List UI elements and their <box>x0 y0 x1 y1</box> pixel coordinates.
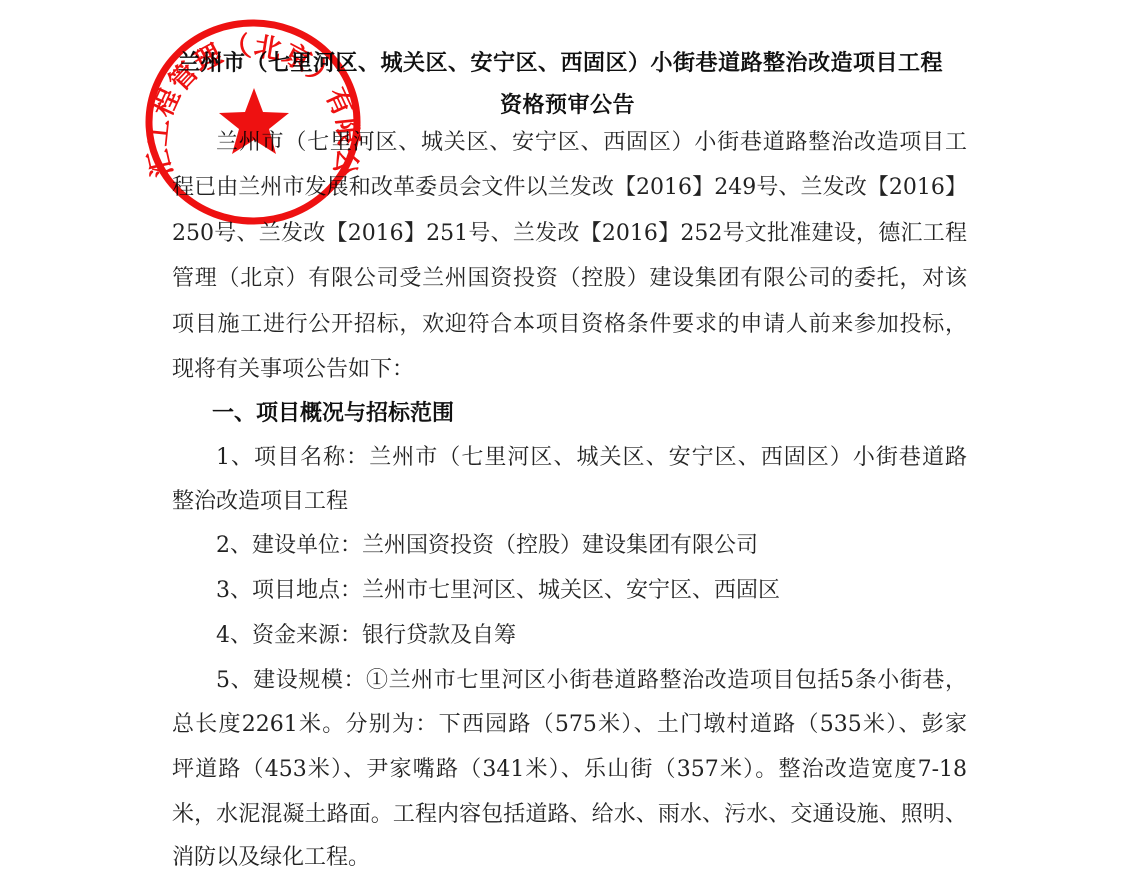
section-heading: 一、项目概况与招标范围 <box>212 399 454 429</box>
item3: 3、项目地点：兰州市七里河区、城关区、安宁区、西固区 <box>216 576 967 606</box>
intro-line-4: 管理（北京）有限公司受兰州国资投资（控股）建设集团有限公司的委托，对该 <box>172 264 967 294</box>
document-title-line1: 兰州市（七里河区、城关区、安宁区、西固区）小街巷道路整治改造项目工程 <box>178 46 971 77</box>
item5-line5: 消防以及绿化工程。 <box>172 843 967 873</box>
item1-line2: 整治改造项目工程 <box>172 487 967 517</box>
item5-line1: 5、建设规模：①兰州市七里河区小街巷道路整治改造项目包括5条小街巷， <box>216 666 967 696</box>
intro-line-2: 程已由兰州市发展和改革委员会文件以兰发改【2016】249号、兰发改【2016】 <box>172 173 967 203</box>
item1-line1: 1、项目名称：兰州市（七里河区、城关区、安宁区、西固区）小街巷道路 <box>216 443 967 473</box>
intro-line-5: 项目施工进行公开招标，欢迎符合本项目资格条件要求的申请人前来参加投标， <box>172 310 967 340</box>
item5-line4: 米，水泥混凝土路面。工程内容包括道路、给水、雨水、污水、交通设施、照明、 <box>172 800 967 830</box>
intro-line-1: 兰州市（七里河区、城关区、安宁区、西固区）小街巷道路整治改造项目工 <box>216 128 967 158</box>
item2: 2、建设单位：兰州国资投资（控股）建设集团有限公司 <box>216 531 967 561</box>
item5-line3: 坪道路（453米）、尹家嘴路（341米）、乐山街（357米）。整治改造宽度7-1… <box>172 755 967 785</box>
document-page: 兰州市（七里河区、城关区、安宁区、西固区）小街巷道路整治改造项目工程 资格预审公… <box>0 0 1132 879</box>
item5-line2: 总长度2261米。分别为：下西园路（575米）、土门墩村道路（535米）、彭家 <box>172 710 967 740</box>
document-title-line2: 资格预审公告 <box>500 88 1132 119</box>
intro-line-6: 现将有关事项公告如下： <box>172 355 967 385</box>
item4: 4、资金来源：银行贷款及自筹 <box>216 621 967 651</box>
intro-line-3: 250号、兰发改【2016】251号、兰发改【2016】252号文批准建设，德汇… <box>172 219 967 249</box>
